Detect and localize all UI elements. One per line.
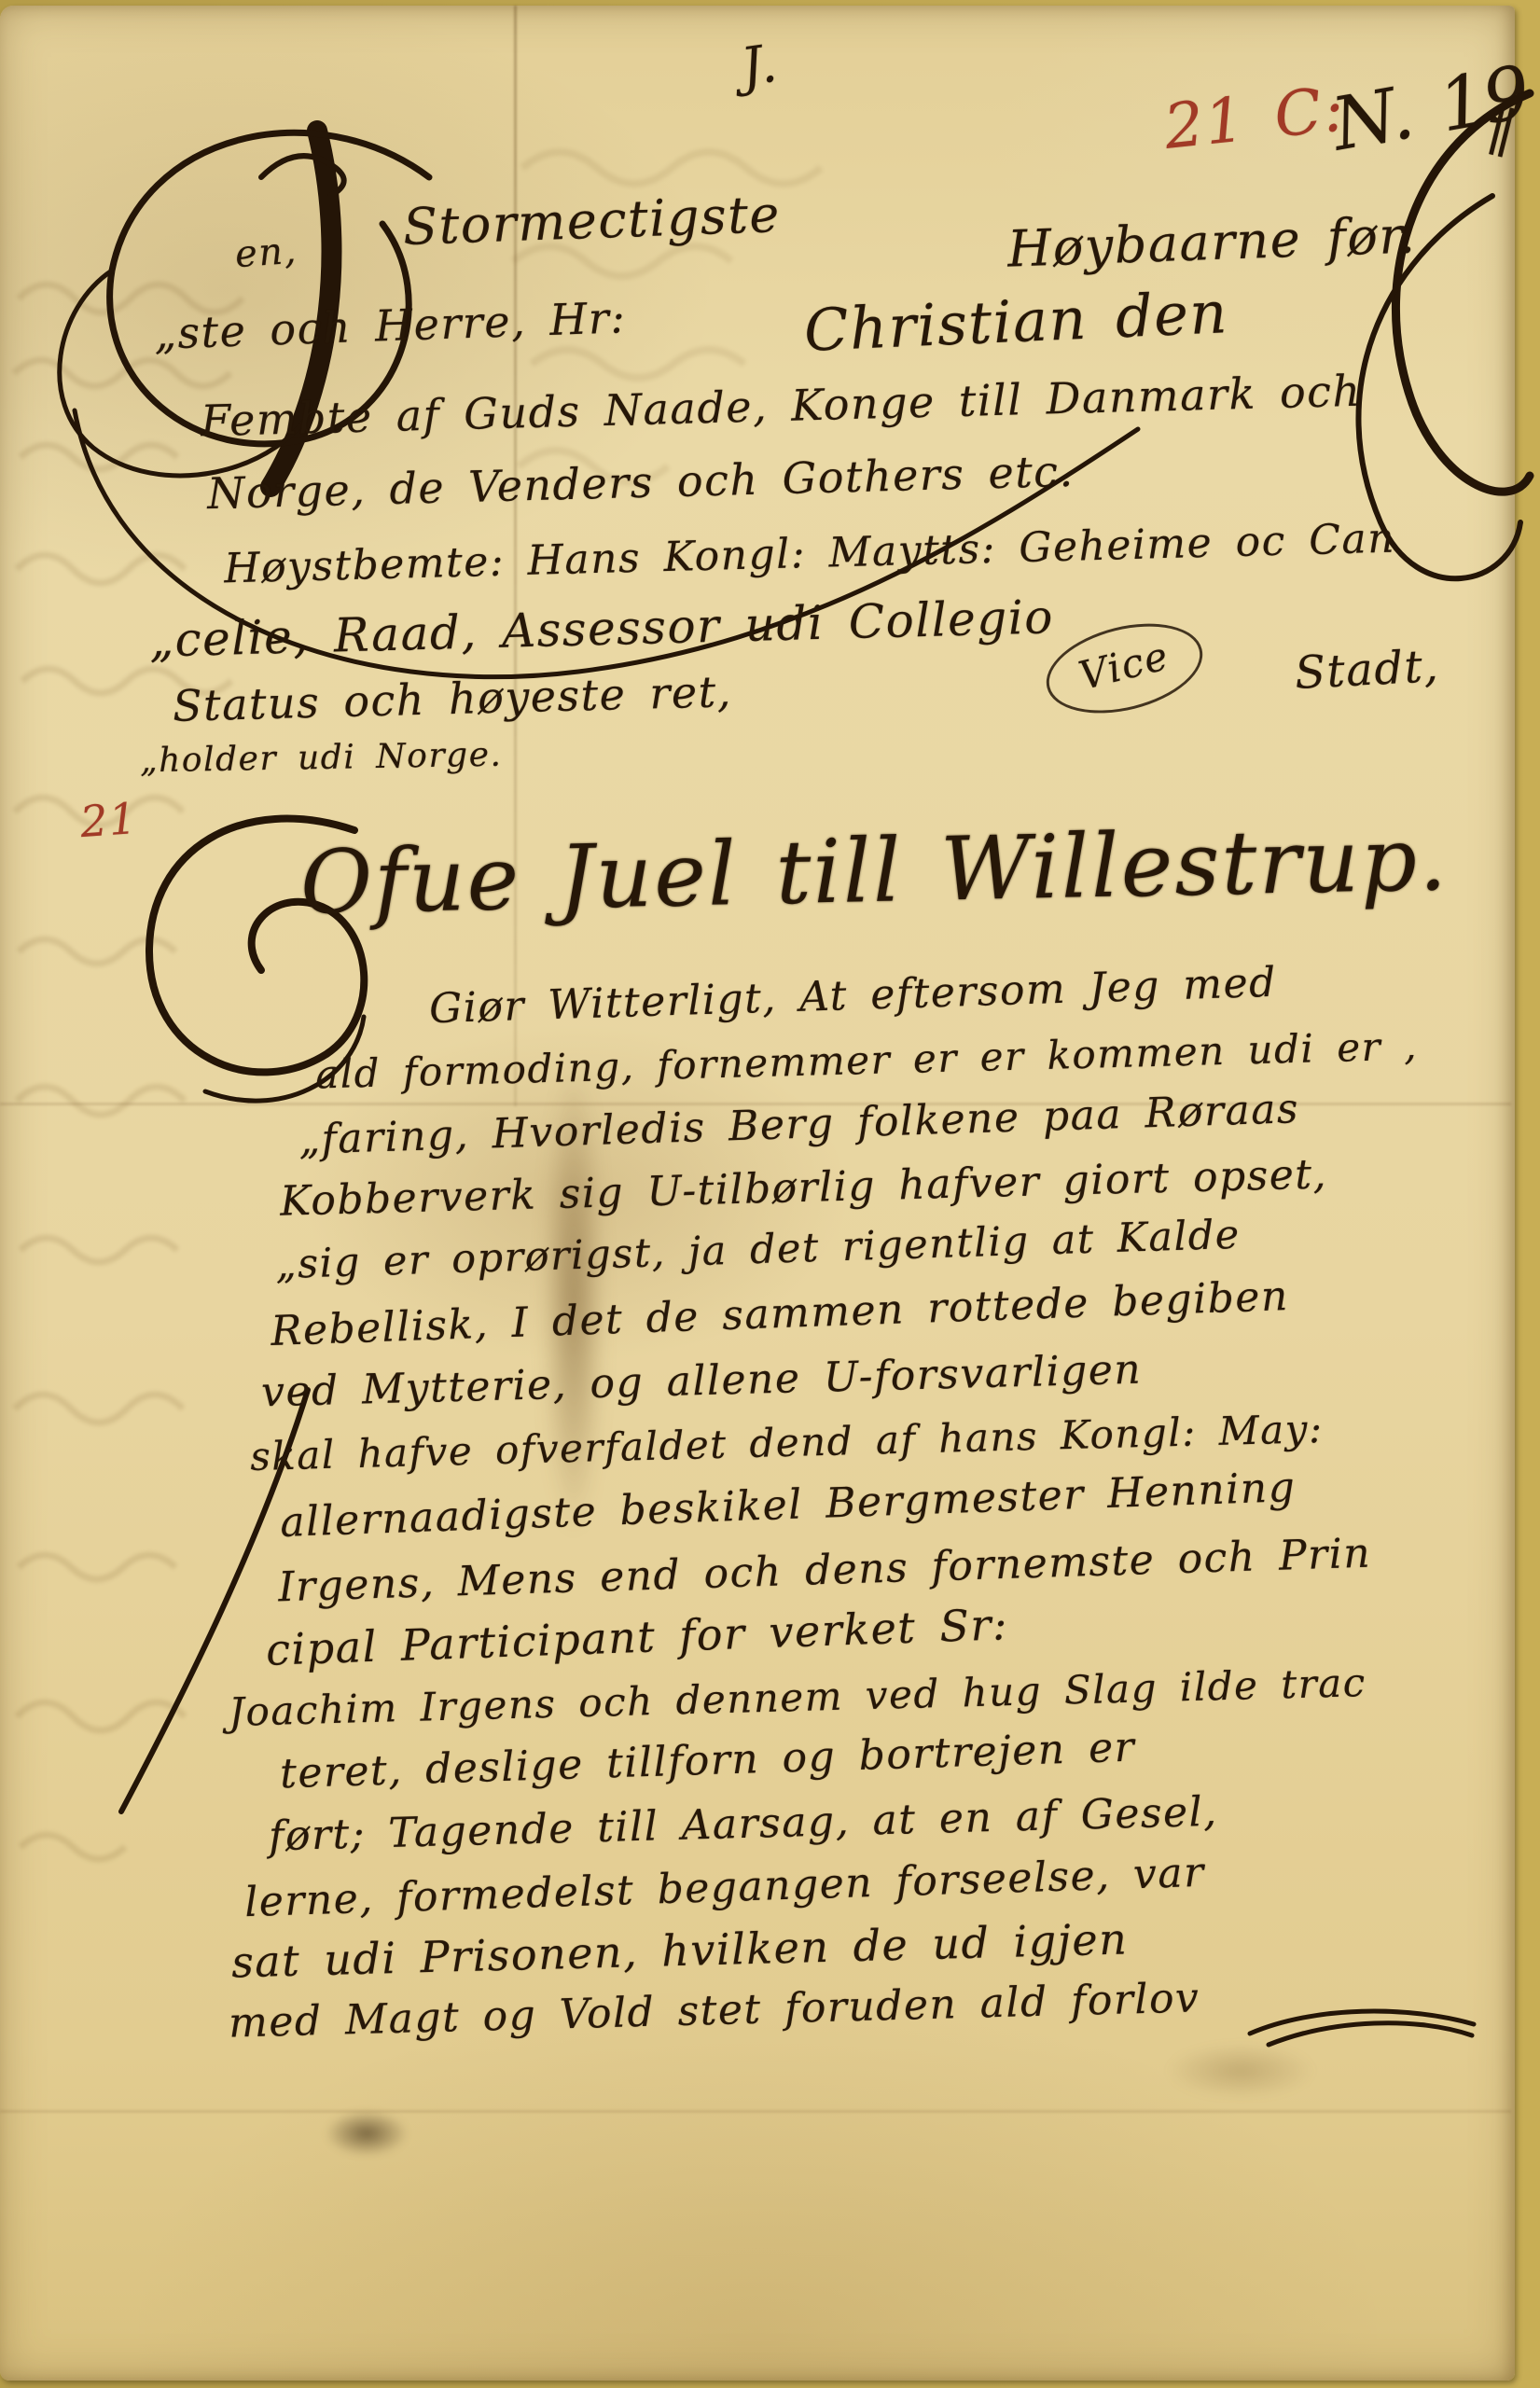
address-line-8: „holder udi Norge. [140,736,503,781]
address-line-7b: Stadt, [1294,640,1441,700]
address-initial-rest: en, [233,229,298,277]
address-vice-circled: Vice [1042,621,1207,715]
manuscript-scan: J. 21 C: N. 19 ∥ en, Stormectigste Høyba… [0,0,1540,2388]
margin-red-number: 21 [78,793,139,847]
